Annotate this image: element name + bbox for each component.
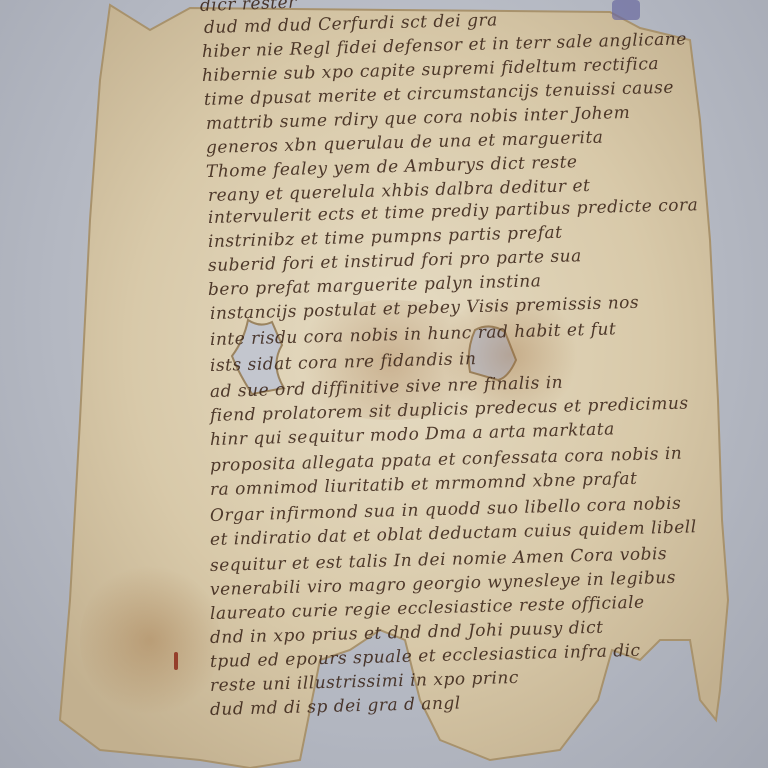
manuscript-photo: dicr rester dud md dud Cerfurdi sct dei … bbox=[0, 0, 768, 768]
water-stain bbox=[80, 560, 220, 720]
red-ink-mark bbox=[174, 652, 178, 670]
seal-fragment bbox=[612, 0, 640, 20]
